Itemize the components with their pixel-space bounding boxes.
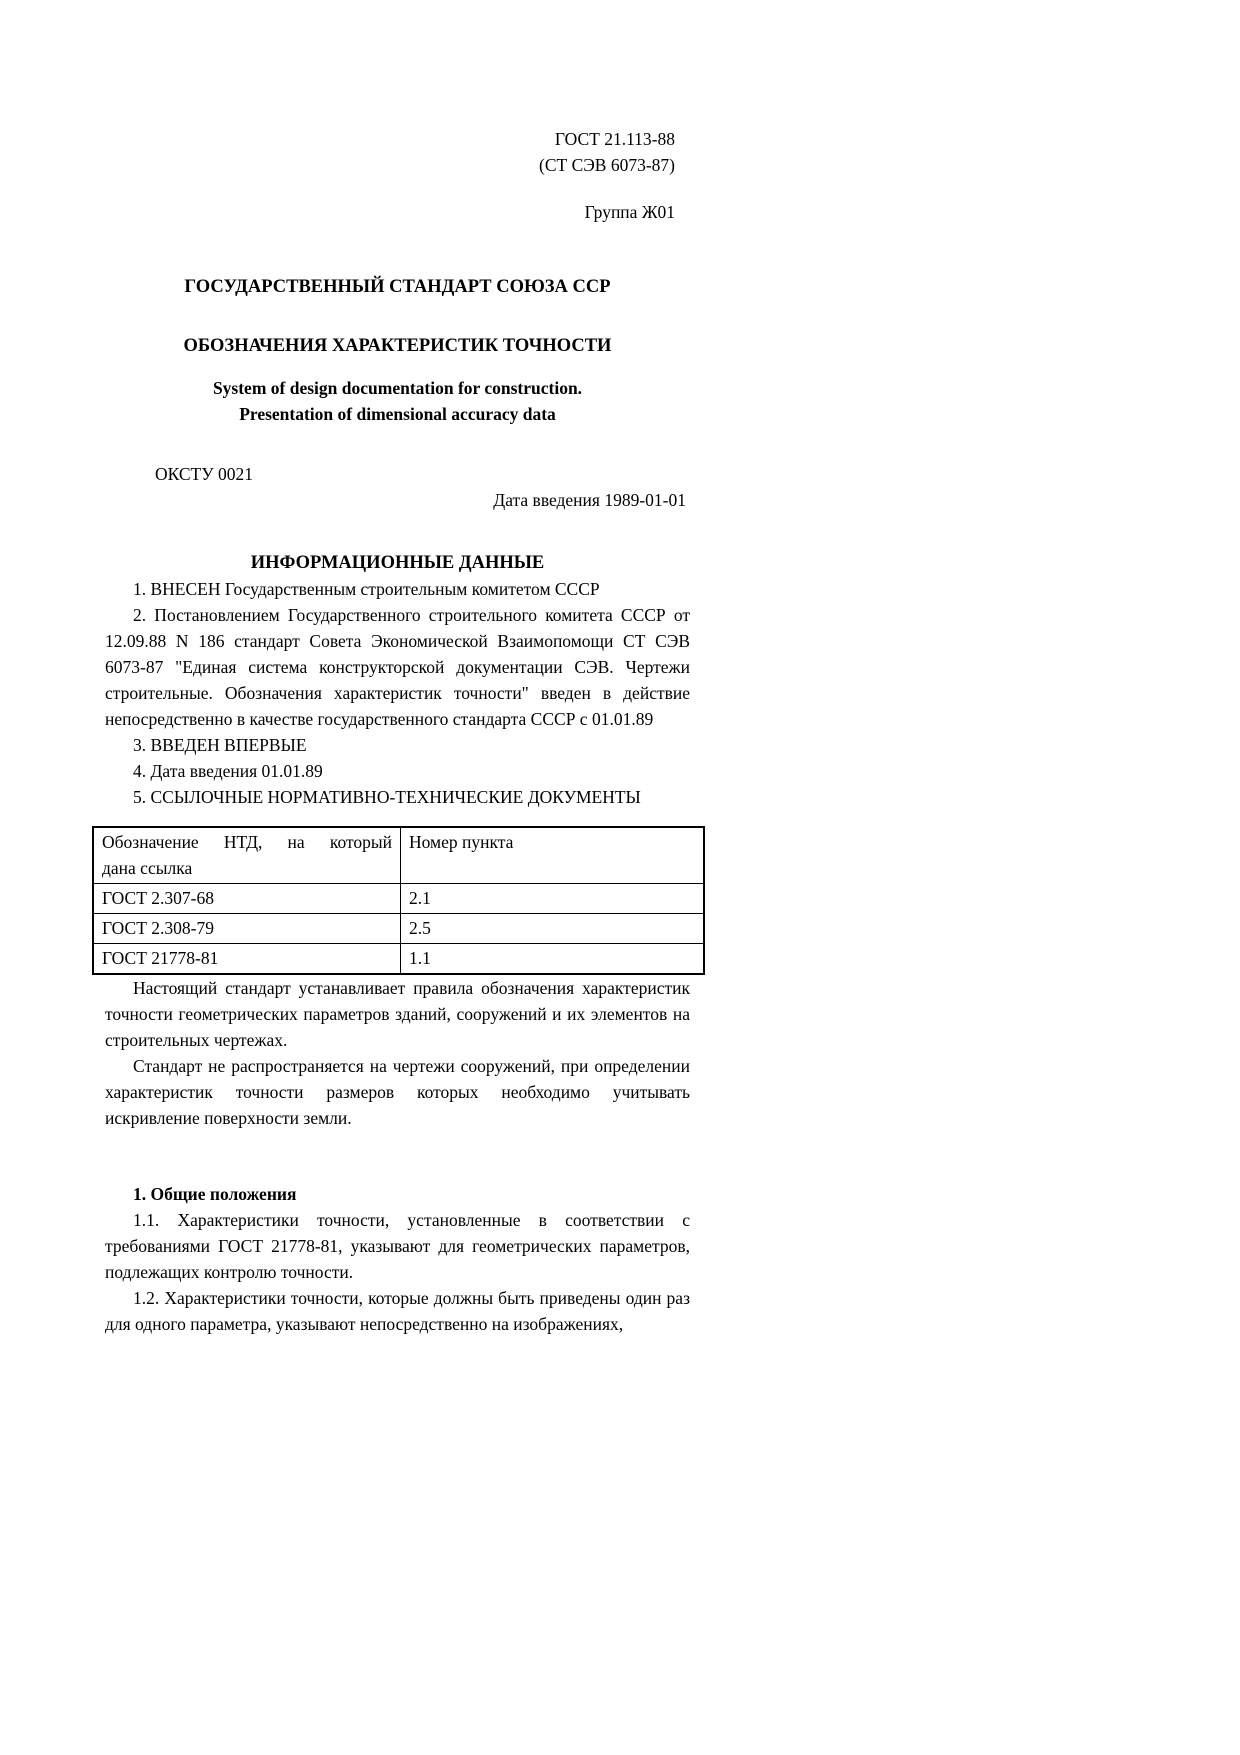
group-label: Группа Ж01	[105, 199, 690, 225]
section-1-heading: 1. Общие положения	[105, 1181, 690, 1207]
clause-1-1: 1.1. Характеристики точности, установлен…	[105, 1207, 690, 1285]
table-row: ГОСТ 21778-81 1.1	[93, 944, 704, 975]
info-item-2: 2. Постановлением Государственного строи…	[105, 602, 690, 732]
english-title: System of design documentation for const…	[105, 375, 690, 427]
ntd-cell: ГОСТ 21778-81	[93, 944, 401, 975]
info-item-5: 5. ССЫЛОЧНЫЕ НОРМАТИВНО-ТЕХНИЧЕСКИЕ ДОКУ…	[105, 784, 690, 810]
document-page: ГОСТ 21.113-88 (СТ СЭВ 6073-87) Группа Ж…	[0, 0, 1240, 1755]
document-content: ГОСТ 21.113-88 (СТ СЭВ 6073-87) Группа Ж…	[105, 0, 690, 1337]
english-title-line1: System of design documentation for const…	[105, 375, 690, 401]
doc-number-alt: (СТ СЭВ 6073-87)	[105, 152, 675, 178]
info-item-1: 1. ВНЕСЕН Государственным строительным к…	[105, 576, 690, 602]
table-header-row: Обозначение НТД, на который дана ссылка …	[93, 827, 704, 884]
table-row: ГОСТ 2.308-79 2.5	[93, 914, 704, 944]
table-header-ntd-line1: Обозначение НТД, на который	[102, 829, 392, 855]
clause-cell: 2.5	[401, 914, 705, 944]
info-data-heading: ИНФОРМАЦИОННЫЕ ДАННЫЕ	[105, 550, 690, 576]
doc-id-block: ГОСТ 21.113-88 (СТ СЭВ 6073-87)	[105, 126, 690, 178]
english-title-line2: Presentation of dimensional accuracy dat…	[105, 401, 690, 427]
scope-paragraph-2: Стандарт не распространяется на чертежи …	[105, 1053, 690, 1131]
effective-date: Дата введения 1989-01-01	[105, 487, 690, 513]
clause-cell: 1.1	[401, 944, 705, 975]
info-item-3: 3. ВВЕДЕН ВПЕРВЫЕ	[105, 732, 690, 758]
scope-paragraph-1: Настоящий стандарт устанавливает правила…	[105, 975, 690, 1053]
clause-cell: 2.1	[401, 884, 705, 914]
okstu-code: ОКСТУ 0021	[155, 461, 690, 487]
standard-title: ГОСУДАРСТВЕННЫЙ СТАНДАРТ СОЮЗА ССР	[105, 274, 690, 300]
info-item-4: 4. Дата введения 01.01.89	[105, 758, 690, 784]
ntd-cell: ГОСТ 2.307-68	[93, 884, 401, 914]
table-row: ГОСТ 2.307-68 2.1	[93, 884, 704, 914]
doc-number: ГОСТ 21.113-88	[105, 126, 675, 152]
table-header-ntd-line2: дана ссылка	[102, 855, 392, 881]
references-table: Обозначение НТД, на который дана ссылка …	[92, 826, 705, 975]
clause-1-2: 1.2. Характеристики точности, которые до…	[105, 1285, 690, 1337]
table-header-ntd: Обозначение НТД, на который дана ссылка	[93, 827, 401, 884]
standard-subject-title: ОБОЗНАЧЕНИЯ ХАРАКТЕРИСТИК ТОЧНОСТИ	[105, 333, 690, 359]
ntd-cell: ГОСТ 2.308-79	[93, 914, 401, 944]
table-header-clause: Номер пункта	[401, 827, 705, 884]
